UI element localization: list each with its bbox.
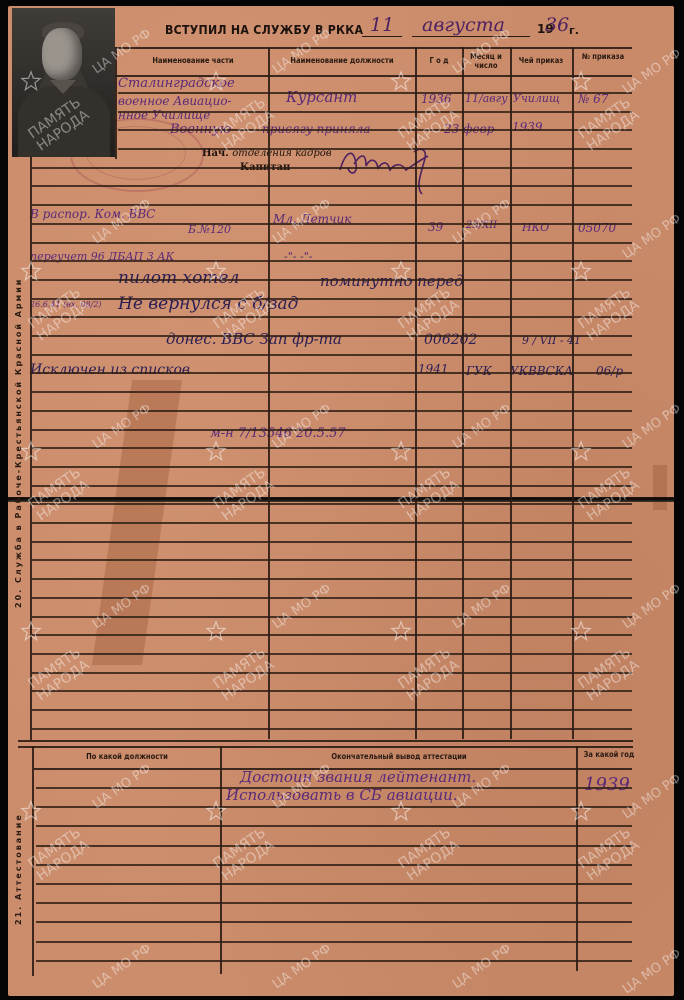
section21-top-rule xyxy=(18,746,633,748)
signature-title-bold: Нач. xyxy=(202,148,229,159)
tape-edge xyxy=(653,465,667,510)
header-att-year: За какой год xyxy=(582,750,636,759)
entry8-order-by: УКВВСКА xyxy=(510,364,573,378)
entry8-year: 1941 xyxy=(418,362,449,376)
entry8-month-day: ГУК xyxy=(466,364,492,378)
row1-unit: Сталинградское xyxy=(118,76,235,91)
entry6-unit: Не вернулся с б/зад xyxy=(118,294,298,314)
row2-year: 1936 xyxy=(421,92,452,106)
row-rule xyxy=(32,242,632,244)
att-row-rule xyxy=(36,845,632,847)
signature-title-italic: отделения кадров xyxy=(232,148,331,159)
header-month-day: Месяц и число xyxy=(465,52,506,70)
row-rule xyxy=(32,260,632,262)
header-year: Г о д xyxy=(418,56,459,65)
row-rule xyxy=(32,279,632,281)
section21-label: 21. Аттестование xyxy=(14,813,23,925)
entry-day: 11 xyxy=(370,14,394,36)
entry8-order-no: 06/р xyxy=(596,364,623,378)
row-rule xyxy=(32,578,632,580)
row-rule xyxy=(32,672,632,674)
header-bottom-rule xyxy=(115,75,632,77)
row-rule xyxy=(32,335,632,337)
att-header-rule xyxy=(34,768,632,770)
att-row-rule xyxy=(36,864,632,866)
document-title: ВСТУПИЛ НА СЛУЖБУ В РККА xyxy=(165,22,363,37)
row-rule xyxy=(32,204,632,206)
att-divider-left xyxy=(32,746,34,976)
att-divider-2 xyxy=(576,746,578,971)
row-rule xyxy=(32,466,632,468)
row-rule xyxy=(32,223,632,225)
att-year: 1939 xyxy=(584,774,630,795)
header-position: Наименование должности xyxy=(277,56,407,65)
entry1-unit: В распор. Ком. ВВС xyxy=(30,207,155,221)
row-rule xyxy=(32,728,632,730)
entry-year: 36 xyxy=(545,14,569,36)
row2-position: Курсант xyxy=(286,88,357,106)
att-conclusion-line1: Достоин звания лейтенант. xyxy=(240,768,476,786)
row-rule xyxy=(32,616,632,618)
header-att-position: По какой должности xyxy=(43,752,210,761)
row-rule xyxy=(32,410,632,412)
row-rule xyxy=(118,111,632,113)
row-rule xyxy=(118,148,632,150)
entry4-position: поминутно перед xyxy=(320,272,464,290)
att-row-rule xyxy=(36,902,632,904)
row-rule xyxy=(32,485,632,487)
entry2-unit: Б.№120 xyxy=(188,223,231,236)
signature-title: Нач. отделения кадров xyxy=(202,148,332,159)
row-rule xyxy=(32,597,632,599)
header-order-no: № приказа xyxy=(577,52,629,61)
row2-unit: военное Авиацио- xyxy=(118,94,232,108)
header-order-by: Чей приказ xyxy=(514,56,568,65)
header-unit: Наименование части xyxy=(127,56,258,65)
row-rule xyxy=(32,541,632,543)
row-rule xyxy=(32,653,632,655)
entry8-unit: Исключен из списков xyxy=(30,362,190,378)
entry-year-suffix: г. xyxy=(569,24,579,37)
row-rule xyxy=(32,503,632,505)
row-rule xyxy=(32,690,632,692)
row-rule xyxy=(32,354,632,356)
row-rule xyxy=(32,447,632,449)
column-divider-left-top xyxy=(115,47,117,159)
entry1-month-day: 23/XII xyxy=(466,220,497,231)
row2-order-no: № 67 xyxy=(578,92,608,106)
day-underline xyxy=(362,36,402,37)
att-row-rule xyxy=(36,787,632,789)
att-row-rule xyxy=(36,921,632,923)
att-row-rule xyxy=(36,806,632,808)
portrait-photo xyxy=(12,8,115,157)
row-rule xyxy=(32,634,632,636)
row-rule xyxy=(32,391,632,393)
att-row-rule xyxy=(36,960,632,962)
att-conclusion-line2: Использовать в СБ авиации. xyxy=(226,786,458,804)
month-underline xyxy=(412,36,530,37)
section20-bottom-rule xyxy=(18,740,633,742)
entry-month: августа xyxy=(422,14,505,36)
row2-order-by: Училищ xyxy=(513,92,560,105)
row-rule xyxy=(32,167,632,169)
row-rule xyxy=(32,522,632,524)
row-rule xyxy=(118,92,632,94)
att-row-rule xyxy=(36,883,632,885)
header-att-conclusion: Окончательный вывод аттестации xyxy=(240,752,559,761)
header-top-rule xyxy=(115,47,632,49)
row2-month-day: 11/авгу xyxy=(465,92,508,105)
att-divider-1 xyxy=(220,746,222,974)
row-rule xyxy=(32,372,632,374)
row-rule xyxy=(32,709,632,711)
entry5-date: 26.6.41 (вх. 08/2) xyxy=(30,300,102,309)
att-row-rule xyxy=(36,941,632,943)
section20-label: 20. Служба в Рабоче-Крестьянской Красной… xyxy=(14,278,23,608)
entry7-unit: донес. ВВС Зап фр-та xyxy=(166,330,342,348)
row4-order-by: 1939 xyxy=(512,120,543,134)
row-rule xyxy=(32,298,632,300)
row-rule xyxy=(32,316,632,318)
entry4-unit: пилот хотел xyxy=(118,268,239,288)
row-rule xyxy=(32,185,632,187)
fold-crease xyxy=(8,497,674,502)
att-row-rule xyxy=(36,825,632,827)
row-rule xyxy=(32,429,632,431)
row-rule xyxy=(118,129,632,131)
row-rule xyxy=(32,559,632,561)
